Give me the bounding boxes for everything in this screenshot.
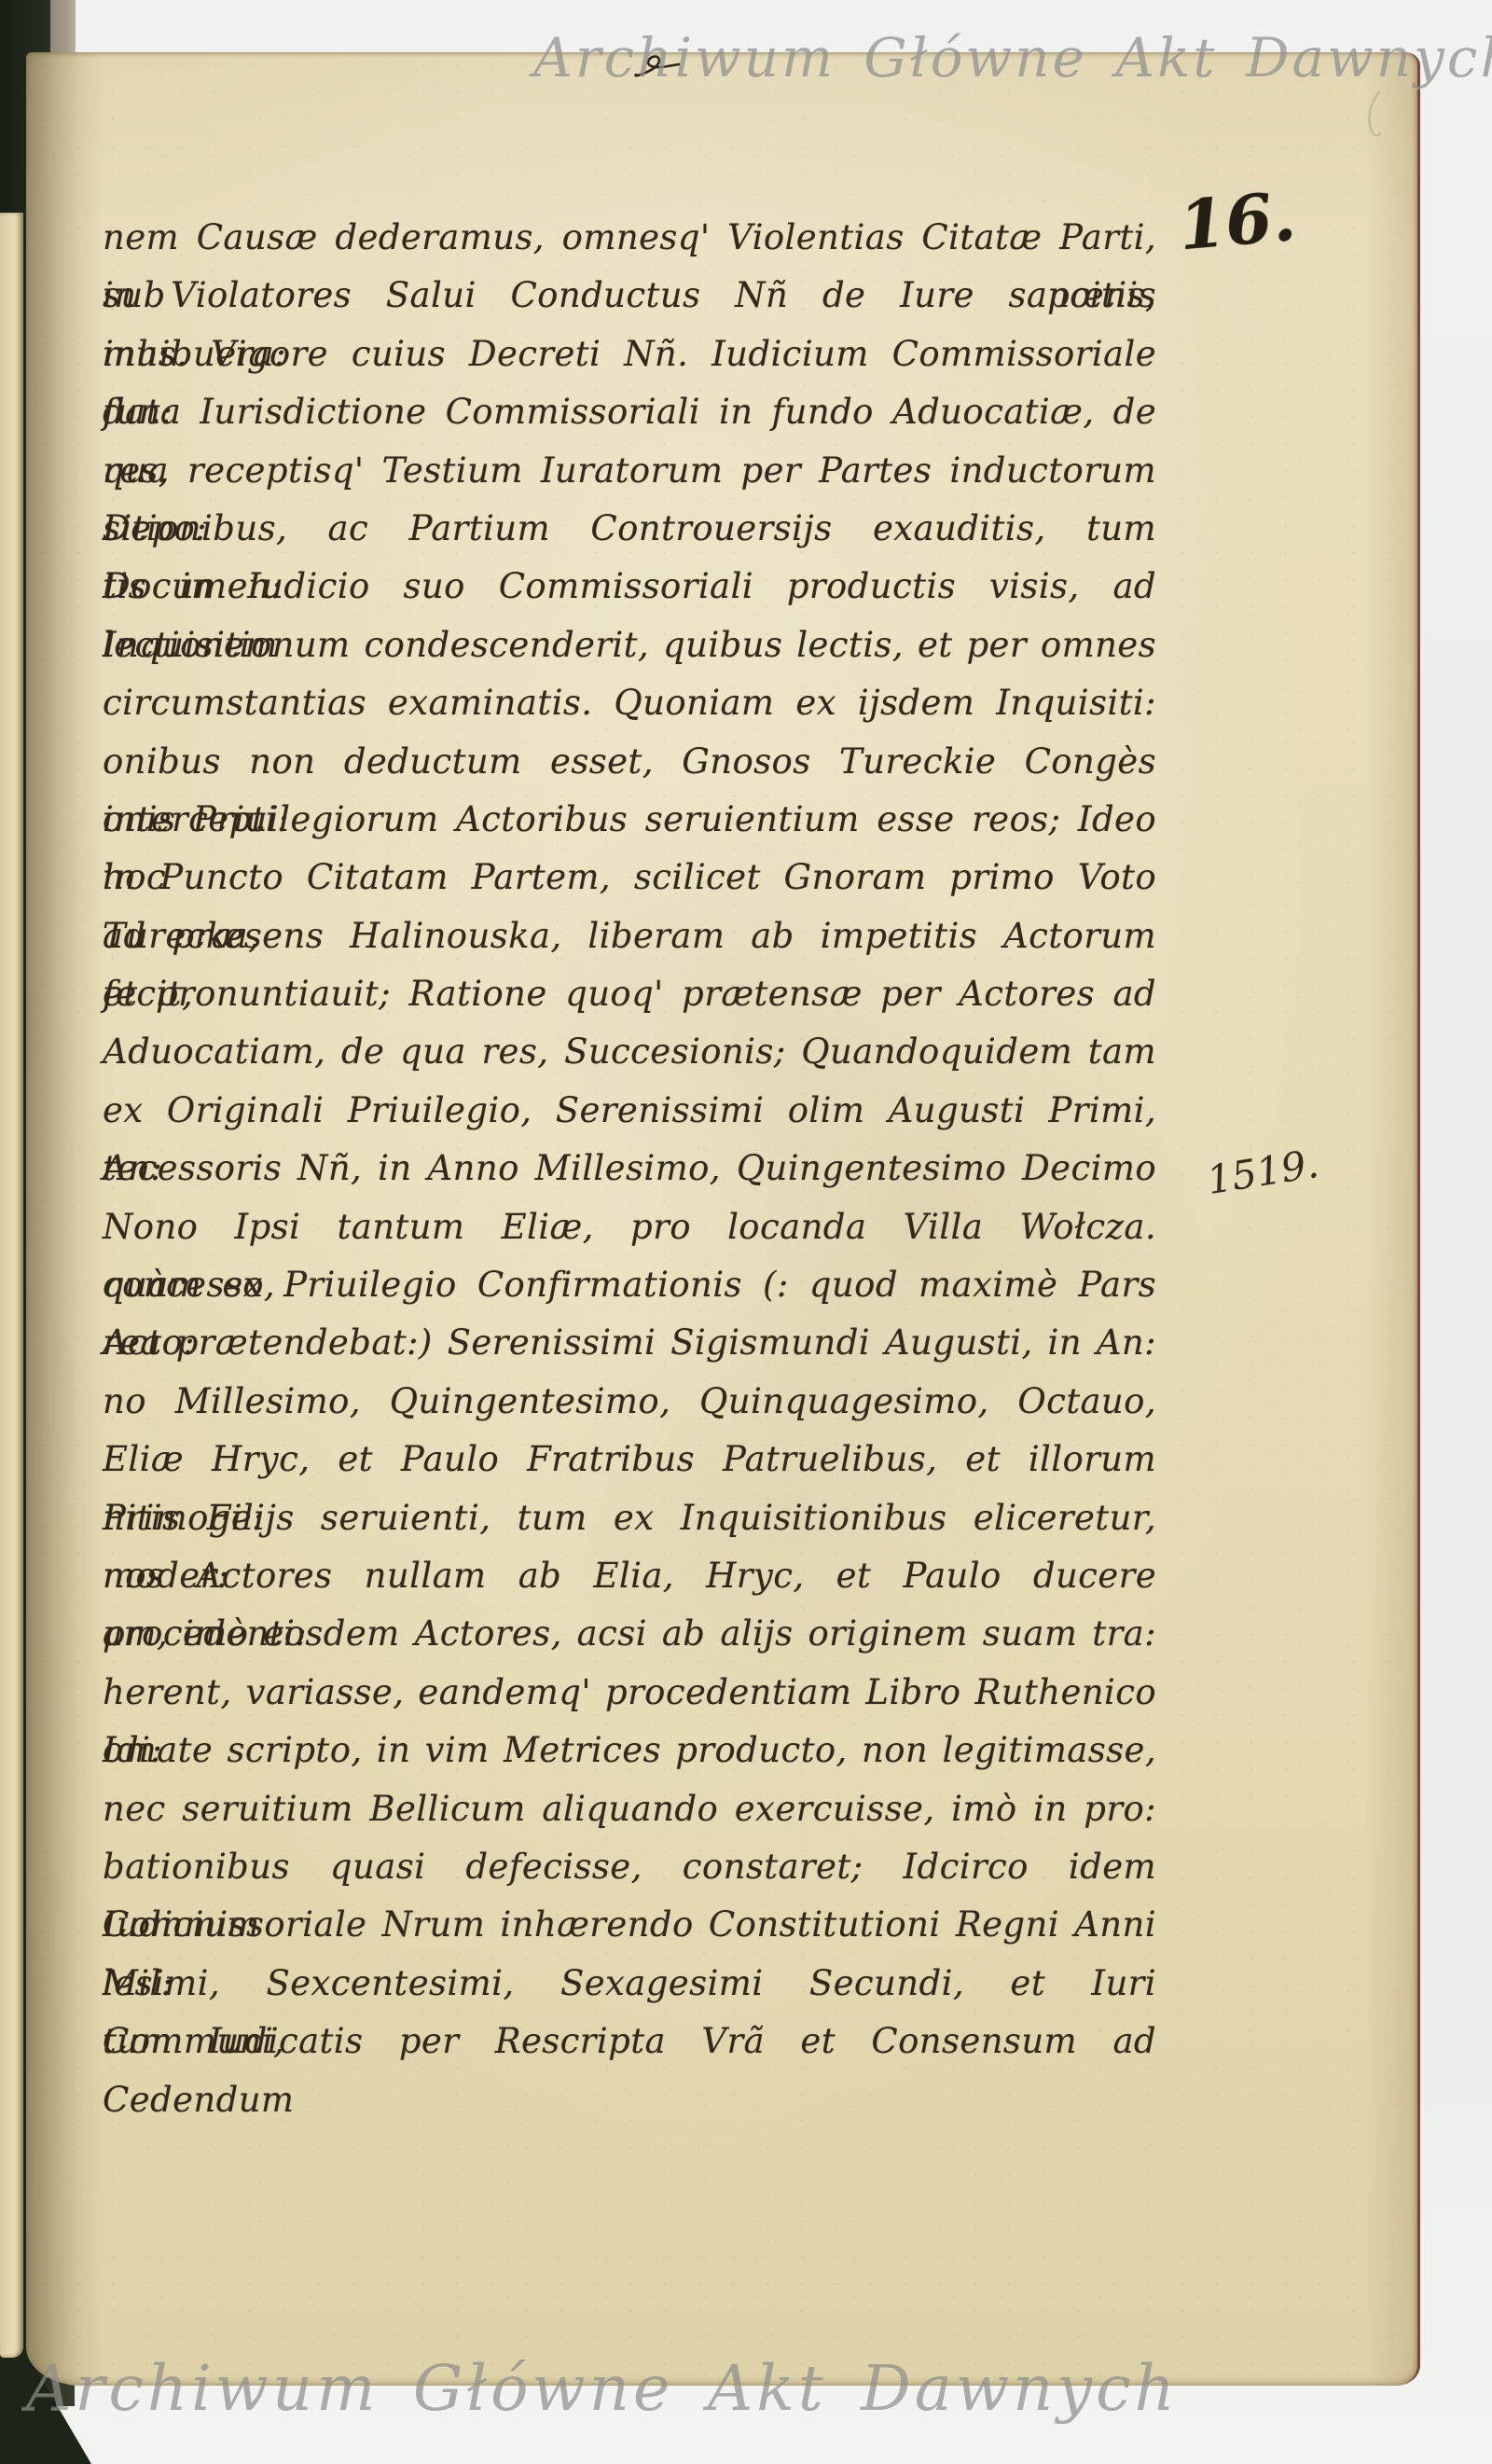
- manuscript-line: herent, variasse, eandemq' procedentiam …: [103, 1664, 1156, 1722]
- manuscript-line: mus. Vigore cuius Decreti Nñ. Iudicium C…: [103, 325, 1156, 383]
- archive-watermark-top: Archiwum Główne Akt Dawnych: [533, 26, 1492, 90]
- manuscript-line: data Iurisdictione Commissoriali in fund…: [103, 383, 1156, 441]
- manuscript-line: Eliæ Hryc, et Paulo Fratribus Patruelibu…: [103, 1431, 1156, 1488]
- manuscript-line: circumstantias examinatis. Quoniam ex ij…: [103, 674, 1156, 732]
- manuscript-page: 16. 1519. nem Causæ dederamus, omnesq' V…: [26, 52, 1420, 2386]
- manuscript-line: lesimi, Sexcentesimi, Sexagesimi Secundi…: [103, 1955, 1156, 2013]
- manuscript-text-block: nem Causæ dederamus, omnesq' Violentias …: [103, 209, 1156, 2071]
- manuscript-line: sitionibus, ac Partium Controuersijs exa…: [103, 500, 1156, 558]
- archive-watermark-bottom: Archiwum Główne Akt Dawnych: [26, 2352, 1179, 2425]
- manuscript-line: Commissoriale Nrum inhærendo Constitutio…: [103, 1896, 1156, 1954]
- folio-number: 16.: [1176, 176, 1299, 266]
- manuscript-line: omate scripto, in vim Metrices producto,…: [103, 1722, 1156, 1779]
- archival-scan: 16. 1519. nem Causæ dederamus, omnesq' V…: [0, 0, 1492, 2464]
- underlying-page-edge: [0, 213, 23, 2358]
- faint-pen-mark: [1343, 88, 1389, 147]
- manuscript-line: onibus non deductum esset, Gnosos Tureck…: [103, 733, 1156, 791]
- manuscript-line: rea prætendebat:) Serenissimi Sigismundi…: [103, 1314, 1156, 1372]
- manuscript-line: nem Causæ dederamus, omnesq' Violentias …: [103, 209, 1156, 267]
- manuscript-line: ex Originali Priuilegio, Serenissimi oli…: [103, 1082, 1156, 1140]
- manuscript-line: nos Actores nullam ab Elia, Hryc, et Pau…: [103, 1547, 1156, 1605]
- manuscript-line: no Millesimo, Quingentesimo, Quinquagesi…: [103, 1373, 1156, 1431]
- manuscript-line: in Violatores Salui Conductus Nñ de Iure…: [103, 267, 1156, 325]
- manuscript-line: quàm ex Priuilegio Confirmationis (: quo…: [103, 1256, 1156, 1314]
- manuscript-line: tis in Iudicio suo Commissoriali product…: [103, 558, 1156, 616]
- margin-annotation-year: 1519.: [1204, 1141, 1321, 1203]
- manuscript-line: ad præsens Halinouska, liberam ab impeti…: [103, 907, 1156, 965]
- manuscript-line: nitis Filijs seruienti, tum ex Inquisiti…: [103, 1489, 1156, 1547]
- manuscript-line: in Puncto Citatam Partem, scilicet Gnora…: [103, 849, 1156, 907]
- manuscript-line: am, imò eosdem Actores, acsi ab alijs or…: [103, 1605, 1156, 1663]
- manuscript-line: nec seruitium Bellicum aliquando exercui…: [103, 1780, 1156, 1838]
- manuscript-line: res, receptisq' Testium Iuratorum per Pa…: [103, 442, 1156, 500]
- manuscript-line: Inquisitionum condescenderit, quibus lec…: [103, 616, 1156, 674]
- manuscript-line: tecessoris Nñ, in Anno Millesimo, Quinge…: [103, 1140, 1156, 1197]
- manuscript-line: et pronuntiauit; Ratione quoq' prætensæ …: [103, 965, 1156, 1023]
- manuscript-line: onis Priuilegiorum Actoribus seruientium…: [103, 791, 1156, 849]
- manuscript-line: Nono Ipsi tantum Eliæ, pro locanda Villa…: [103, 1198, 1156, 1256]
- manuscript-line: Aduocatiam, de qua res, Succesionis; Qua…: [103, 1023, 1156, 1081]
- manuscript-line: bationibus quasi defecisse, constaret; I…: [103, 1838, 1156, 1896]
- manuscript-line: tum Iudicatis per Rescripta Vrã et Conse…: [103, 2013, 1156, 2070]
